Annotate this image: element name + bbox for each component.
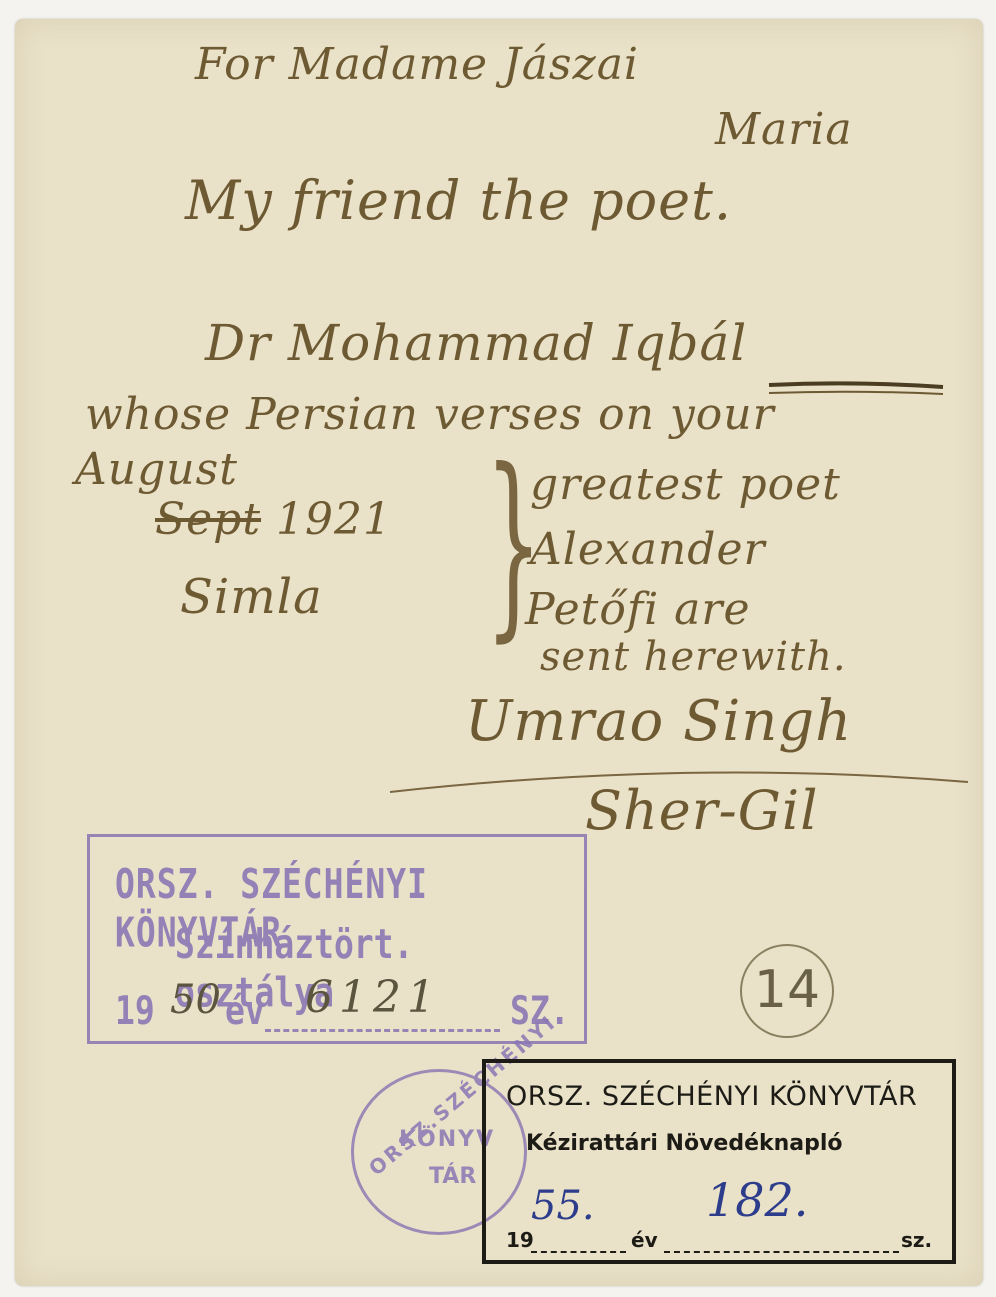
stamp2-ev-label: év xyxy=(631,1228,658,1252)
signature-umrao-singh: Umrao Singh xyxy=(465,689,852,754)
handwriting-august: August xyxy=(75,444,238,495)
handwriting-dedication: For Madame Jászai xyxy=(195,39,639,90)
stamp2-sz-label: sz. xyxy=(901,1228,932,1252)
stamp2-dash-number xyxy=(664,1251,899,1253)
stamp2-number-handwritten: 182. xyxy=(706,1173,808,1227)
double-underline xyxy=(767,381,947,397)
handwriting-petofi: Petőfi are xyxy=(525,584,751,635)
manuscript-accession-stamp: ORSZ. SZÉCHÉNYI KÖNYVTÁR Kézirattári Növ… xyxy=(482,1059,956,1264)
stamp2-year-handwritten: 55. xyxy=(531,1183,595,1229)
round-stamp-line2: KÖNYV xyxy=(399,1127,495,1152)
handwriting-my-friend: My friend the poet. xyxy=(185,169,732,232)
stamp2-register: Kézirattári Növedéknapló xyxy=(526,1131,843,1156)
year-1921: 1921 xyxy=(276,494,392,545)
handwriting-greatest-poet: greatest poet xyxy=(530,459,841,510)
handwriting-iqbal: Dr Mohammad Iqbál xyxy=(205,314,747,372)
round-stamp-line3: TÁR xyxy=(429,1164,476,1189)
card-paper: For Madame Jászai Maria My friend the po… xyxy=(15,19,983,1286)
stamp-number-handwritten: 6121 xyxy=(305,972,441,1023)
handwriting-maria: Maria xyxy=(715,104,853,155)
circled-number: 14 xyxy=(740,944,834,1038)
signature-sher-gil: Sher-Gil xyxy=(585,779,818,842)
handwriting-persian-verses: whose Persian verses on your xyxy=(85,389,775,440)
handwriting-sent-herewith: sent herewith. xyxy=(540,634,847,680)
stamp-ev-label: év xyxy=(225,987,265,1034)
struck-sept: Sept xyxy=(155,494,261,545)
stamp2-library-name: ORSZ. SZÉCHÉNYI KÖNYVTÁR xyxy=(506,1081,917,1112)
stamp-dash-line xyxy=(265,1029,500,1032)
stamp-year-handwritten: 50 xyxy=(170,977,221,1023)
theatre-dept-stamp: ORSZ. SZÉCHÉNYI KÖNYVTÁR Színháztört. os… xyxy=(87,834,587,1044)
stamp2-dash-year xyxy=(531,1251,626,1253)
stamp2-year-prefix: 19 xyxy=(506,1228,534,1252)
handwriting-simla: Simla xyxy=(180,569,323,625)
handwriting-date: Sept 1921 xyxy=(155,494,392,545)
stamp-year-prefix: 19 xyxy=(115,987,155,1034)
handwriting-alexander: Alexander xyxy=(530,524,766,575)
